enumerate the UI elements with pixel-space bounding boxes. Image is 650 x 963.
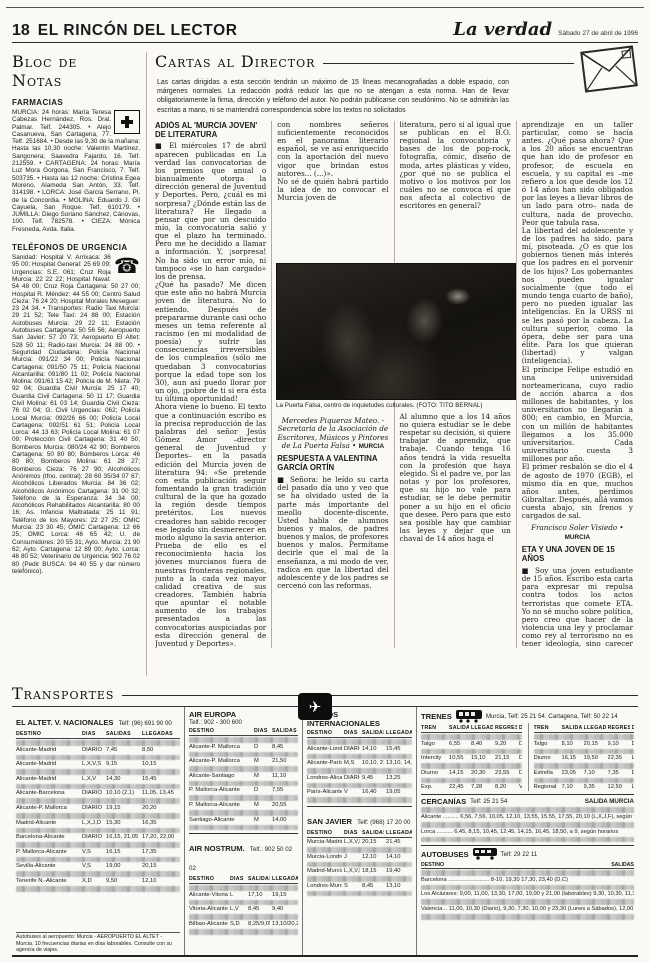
table-row: [307, 862, 412, 868]
telefonos-text: Sanidad: Hospital V. Arrixaca: 36 95 00;…: [12, 254, 140, 575]
panel-air-nostrum: AIR NOSTRUM. Telf.: 902 50 02 02 DESTINO…: [189, 833, 298, 934]
table-row: Barcelona .......................... 8-1…: [421, 877, 634, 884]
autobuses-table: Barcelona .......................... 8-1…: [421, 870, 634, 919]
airplane-icon: ✈: [298, 693, 332, 720]
table-row: [421, 870, 634, 876]
table-row: Alicante-Madrid L,X,V,S 9,15 10,15: [16, 761, 180, 768]
panel-trenes: TRENES Murcia, Telf: 25 21 54. Cartagena…: [416, 707, 638, 955]
trenes-phone: Murcia, Telf: 25 21 54. Cartagena, Telf:…: [486, 713, 618, 720]
table-row: Londres-Alicante DIARIO 9,45 13,25: [307, 775, 412, 782]
table-row: Los Alcázares: 9,00, 11,00, 13,30, 17,00…: [421, 891, 634, 898]
san-javier-title: SAN JAVIER: [307, 817, 352, 826]
table-row: [421, 763, 522, 769]
air-nostrum-title: AIR NOSTRUM.: [189, 844, 245, 853]
table-row: Talgo 8,10 20,15 9,10 DIARIO: [534, 741, 635, 748]
table-row: P. Mallorca-Alicante D 7,55: [189, 787, 298, 794]
table-row: [16, 740, 180, 746]
envelope-icon: [580, 45, 639, 93]
table-row: [16, 828, 180, 834]
train-icon: [456, 710, 482, 723]
header-rule: [12, 42, 638, 43]
table-row: [189, 766, 298, 772]
letter2-text-part3: aprendizaje en un taller particular, com…: [522, 121, 633, 521]
table-row: Alicante-P. Mallorca DIARIO 19,15 20,20: [16, 805, 180, 812]
table-row: Murcia-Londres J 12,10 14,10: [307, 854, 412, 861]
phone-icon: ☎: [114, 255, 140, 277]
table-row: [534, 763, 635, 769]
vuelos-int-table: Alicante-Londres DIARIO 14,10 15,45: [307, 739, 412, 803]
cartas-title: Cartas al Director: [155, 52, 315, 71]
table-row: Alicante-Santiago M 11,10: [189, 773, 298, 780]
altet-phone: Telf: (96) 691 90 00: [119, 720, 172, 727]
table-row: Londres-Murcia S 8,45 13,10: [307, 883, 412, 890]
table-row: [307, 797, 412, 803]
farmacias-heading: FARMACIAS: [12, 98, 140, 107]
autobuses-title: AUTOBUSES: [421, 850, 469, 859]
table-row: [189, 810, 298, 816]
table-row: Alicante-Londres DIARIO 14,10 15,45: [307, 746, 412, 753]
table-row: [534, 778, 635, 784]
top-rule: [6, 7, 644, 8]
table-row: [307, 891, 412, 897]
table-row: Madrid-Murcia L,X,V,D 18,15 19,40: [307, 868, 412, 875]
cercanias-title: CERCANÍAS: [421, 797, 466, 806]
table-row: Vitoria-Alicante L,V 8,45 9,40: [189, 906, 298, 913]
table-row: Valencia... 11,00, 10,30 (Diario), 9,30,…: [421, 906, 634, 913]
panel-vuelos-internacionales: VUELOS INTERNACIONALES DESTINO DÍAS SALI…: [302, 707, 416, 955]
letter1-signature: Mercedes Piqueras Mateo. - Secretaria de…: [277, 417, 388, 452]
letter1-text-col1: ■ El miércoles 17 de abril aparecen publ…: [155, 142, 266, 647]
cartas-al-director: Cartas al Director Las cartas dirigidas …: [155, 52, 638, 676]
bloc-de-notas: Bloc de Notas FARMACIAS MURCIA: 24 horas…: [12, 52, 147, 676]
letter2-text-part1: ■ Señora: he leído su carta del pasado d…: [277, 476, 388, 590]
cercanias-table: Alicante .......... 6,56, 7,56, 10,05, 1…: [421, 807, 634, 842]
letter2-signature-city: MURCIA: [565, 534, 591, 541]
table-row: [307, 768, 412, 774]
table-row: Exp. 22,45 7,28 8,20 V,D: [421, 784, 522, 791]
table-row: Intercity 10,55 15,10 21,15 DIARIO: [421, 755, 522, 762]
trenes-left-table: TREN SALIDA LLEGADA REGRESO DÍAS: [421, 723, 522, 791]
panel-autobuses: AUTOBUSES Telf: 29 22 11 DESTI: [421, 845, 634, 919]
table-row: Talgo 6,55 8,40 9,20 DIARIO: [421, 741, 522, 748]
table-row: Alicante-Madrid DIARIO 7,45 8,50: [16, 747, 180, 754]
panel-el-altet: EL ALTET. V. NACIONALES Telf: (96) 691 9…: [12, 707, 184, 955]
panel-air-europa: AIR EUROPA Telf.: 902 - 300 600 DESTINO …: [184, 707, 302, 955]
letter2-text-part2: Al alumno que a los 14 años no quiera es…: [400, 413, 511, 544]
table-row: Diurno 16,15 19,50 22,35 L-V: [534, 755, 635, 762]
letter2-headline: RESPUESTA A VALENTINA GARCÍA ORTÍN: [277, 455, 388, 473]
table-row: Lorca .......... 6,45, 8,15, 10,45, 12,4…: [421, 829, 634, 836]
letter1-text-col2: con nombres señeros suficientemente reco…: [277, 121, 388, 203]
masthead: La verdad: [453, 19, 552, 40]
table-row: P. Mallorca-Alicante M 20,55: [189, 802, 298, 809]
table-row: Sevilla-Alicante V,S 19,00 20,15: [16, 863, 180, 870]
page-title: EL RINCÓN DEL LECTOR: [38, 22, 238, 40]
page-header: 18 EL RINCÓN DEL LECTOR La verdad Sábado…: [12, 14, 638, 40]
table-row: [189, 885, 298, 891]
transportes-section: Transportes ✈ EL ALTET. V. NACIONALES Te…: [12, 684, 638, 956]
table-row: [189, 781, 298, 787]
table-row: [189, 914, 298, 920]
table-row: Alicante-P. Mallorca D 8,45: [189, 744, 298, 751]
letter-column-1: ADIÓS AL 'MURCIA JOVEN' DE LITERATURA ■ …: [155, 121, 271, 648]
table-row: [421, 822, 634, 828]
table-row: [189, 752, 298, 758]
table-row: [307, 876, 412, 882]
letter1-signature-city: MURCIA: [359, 443, 385, 450]
table-row: [421, 734, 522, 740]
bloc-title: Bloc de Notas: [12, 52, 132, 90]
table-row: [421, 807, 634, 813]
pharmacy-icon: [114, 110, 140, 134]
letter2-signature: Francisco Soler Visiedo • MURCIA: [522, 524, 633, 542]
altet-footnote: Autobuses al aeropuerto: Murcia - AEROPU…: [16, 932, 180, 953]
altet-table: Alicante-Madrid DIARIO 7,45 8,50: [16, 740, 180, 892]
table-row: [16, 886, 180, 892]
table-row: [421, 899, 634, 905]
table-row: Tenerife N.-Alicante X,D 9,50 12,10: [16, 878, 180, 885]
newspaper-page: 18 EL RINCÓN DEL LECTOR La verdad Sábado…: [0, 0, 650, 963]
table-row: [534, 749, 635, 755]
trenes-right-table: TREN SALIDA LLEGADA REGRESO DÍAS: [528, 723, 635, 791]
table-row: Alicante-Vitoria L 17,10 19,15: [189, 892, 298, 899]
page-number: 18: [12, 22, 30, 40]
table-row: [16, 871, 180, 877]
table-row: P. Mallorca-Alicante V,S 16,15 17,35: [16, 849, 180, 856]
table-row: [307, 847, 412, 853]
table-row: [189, 929, 298, 935]
table-row: Regional 7,10 9,35 12,50 L-S: [534, 784, 635, 791]
table-row: [16, 813, 180, 819]
bus-icon: [473, 848, 497, 860]
letter1-text-col3: literatura, pero si al igual que se publ…: [400, 121, 511, 211]
table-row: Barcelona-Alicante DIARIO 16,15, 21,05 1…: [16, 834, 180, 841]
table-row: [534, 734, 635, 740]
table-row: Estrella 23,05 7,10 7,35 DIARIO: [534, 770, 635, 777]
table-row: [16, 784, 180, 790]
cartas-intro: Las cartas dirigidas a esta sección tend…: [157, 78, 509, 115]
table-row: París-Alicante V 16,40 19,05: [307, 789, 412, 796]
letter3-text: ■ Soy una joven estudiante de 15 años. E…: [522, 567, 633, 648]
san-javier-phone: Telf: (968) 17 20 00: [357, 819, 410, 826]
panel-cercanias: CERCANÍAS Telf: 25 21 54 SALIDA MURCIA A…: [421, 794, 634, 842]
photo-caption: La Puerta Falsa, centro de inquietudes c…: [276, 402, 516, 409]
table-row: [307, 739, 412, 745]
altet-title: EL ALTET. V. NACIONALES: [16, 718, 113, 727]
letter-column-4: aprendizaje en un taller particular, com…: [516, 121, 638, 648]
table-row: Diurno 14,15 20,30 23,55 DIARIO: [421, 770, 522, 777]
air-nostrum-table: Alicante-Vitoria L 17,10 19,15: [189, 885, 298, 934]
letter3-headline: ETA Y UNA JOVEN DE 15 AÑOS: [522, 546, 633, 564]
table-row: Murcia-Madrid L,X,V,D 20,15 21,45: [307, 839, 412, 846]
table-row: Alicante-P. Mallorca M 21,50: [189, 758, 298, 765]
air-europa-phone: Telf.: 902 - 300 600: [189, 719, 298, 726]
table-row: Alicante-París M,S 10,10, 21,10 13,10, 1…: [307, 760, 412, 767]
letters-columns: ADIÓS AL 'MURCIA JOVEN' DE LITERATURA ■ …: [155, 121, 638, 648]
table-row: [421, 914, 634, 920]
cercanias-phone: Telf: 25 21 54: [470, 798, 507, 805]
table-row: [16, 798, 180, 804]
air-europa-title: AIR EUROPA: [189, 710, 298, 719]
table-row: [189, 795, 298, 801]
table-row: [421, 837, 634, 843]
air-europa-table: Alicante-P. Mallorca D 8,45 Alicante-P.: [189, 737, 298, 830]
table-row: [189, 900, 298, 906]
table-row: [421, 778, 522, 784]
telefonos-heading: TELÉFONOS DE URGENCIA: [12, 243, 140, 252]
trenes-title: TRENES: [421, 712, 452, 721]
letter1-headline: ADIÓS AL 'MURCIA JOVEN' DE LITERATURA: [155, 122, 266, 140]
table-row: [16, 769, 180, 775]
table-row: [189, 737, 298, 743]
table-row: Santiago-Alicante M 14,00: [189, 817, 298, 824]
table-row: [307, 783, 412, 789]
table-row: [421, 885, 634, 891]
san-javier-table: Murcia-Madrid L,X,V,D 20,15 21,45: [307, 839, 412, 896]
transportes-title: Transportes: [12, 684, 114, 703]
table-row: Madrid-Alicante L,X,J,D 15,30 16,35: [16, 820, 180, 827]
table-row: [307, 754, 412, 760]
table-row: Alicante-Madrid L,X,V 14,30 15,45: [16, 776, 180, 783]
cercanias-note: SALIDA MURCIA: [585, 798, 634, 805]
table-row: [16, 842, 180, 848]
panel-san-javier: SAN JAVIER Telf: (968) 17 20 00 DESTINO …: [307, 806, 412, 896]
table-row: [16, 755, 180, 761]
table-row: [16, 857, 180, 863]
table-row: Alicante .......... 6,56, 7,56, 10,05, 1…: [421, 814, 634, 821]
table-row: Alicante-Barcelona DIARIO 10,10 (2,1) 11…: [16, 790, 180, 797]
autobuses-phone: Telf: 29 22 11: [501, 851, 538, 858]
table-row: [421, 749, 522, 755]
letters-photo: [276, 263, 516, 400]
table-row: [189, 825, 298, 831]
table-row: Bilbao-Alicante S,D 8,25/9,05 13,10/20,2…: [189, 921, 298, 928]
date-label: Sábado 27 de abril de 1996: [558, 30, 638, 40]
